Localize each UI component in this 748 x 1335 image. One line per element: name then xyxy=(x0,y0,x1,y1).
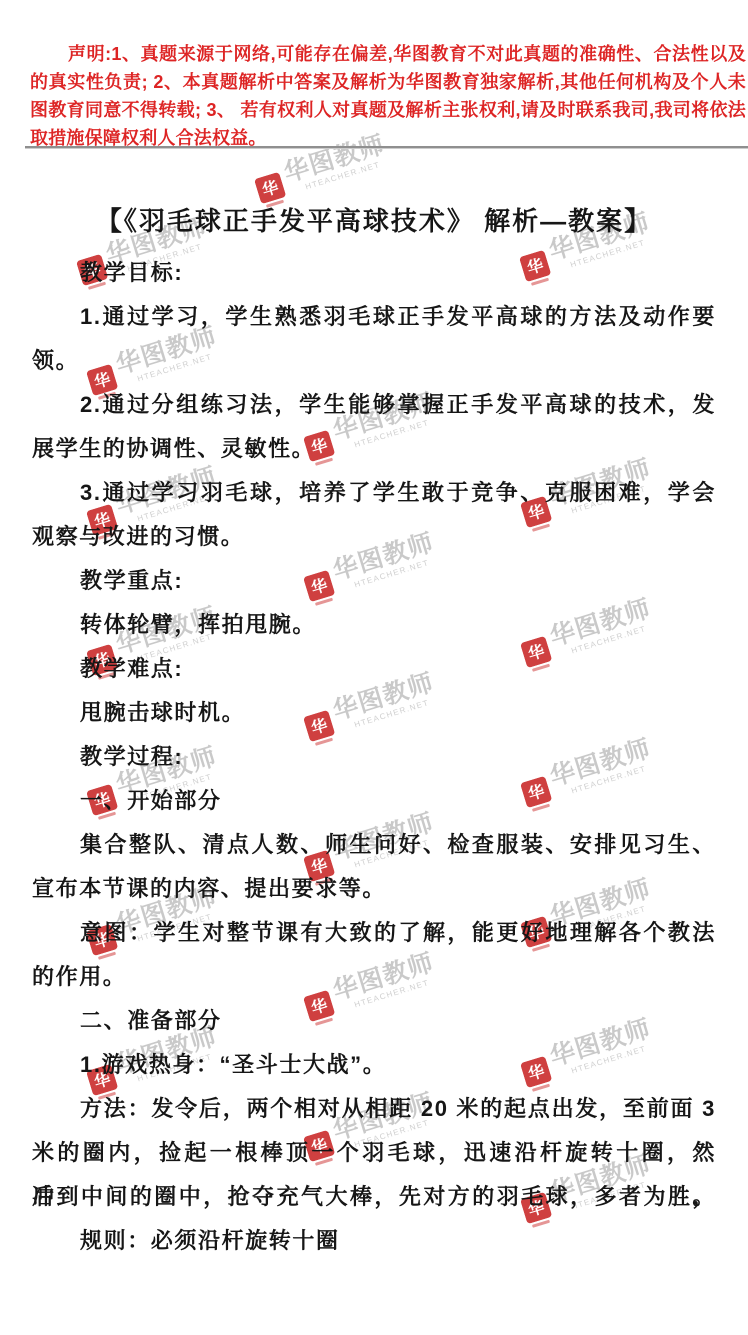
body-line: 冲到中间的圈中，抢夺充气大棒，先对方的羽毛球，多者为胜。 xyxy=(32,1175,716,1219)
body-line: 观察与改进的习惯。 xyxy=(32,515,716,559)
body-line: 方法：发令后，两个相对从相距 20 米的起点出发，至前面 3 xyxy=(32,1087,716,1131)
body-line: 宣布本节课的内容、提出要求等。 xyxy=(32,867,716,911)
body-line: 教学过程: xyxy=(32,735,716,779)
body-line: 教学重点: xyxy=(32,559,716,603)
body-line: 教学难点: xyxy=(32,647,716,691)
disclaimer-line: 声明:1、真题来源于网络,可能存在偏差,华图教育不对此真题的准确性、合法性以及内… xyxy=(30,40,746,68)
body-line: 集合整队、清点人数、师生问好、检查服装、安排见习生、 xyxy=(32,823,716,867)
page-title: 【《羽毛球正手发平高球技术》 解析—教案】 xyxy=(0,201,748,238)
disclaimer-line: 的真实性负责; 2、本真题解析中答案及解析为华图教育独家解析,其他任何机构及个人… xyxy=(30,68,746,96)
body-line: 教学目标: xyxy=(32,251,716,295)
body-line: 领。 xyxy=(32,339,716,383)
body-line: 1.游戏热身：“圣斗士大战”。 xyxy=(32,1043,716,1087)
body-line: 转体轮臂，挥拍甩腕。 xyxy=(32,603,716,647)
horizontal-divider xyxy=(25,146,748,149)
disclaimer: 声明:1、真题来源于网络,可能存在偏差,华图教育不对此真题的准确性、合法性以及内… xyxy=(30,40,746,152)
body-line: 米的圈内，捡起一根棒顶一个羽毛球，迅速沿杆旋转十圈，然后， xyxy=(32,1131,716,1175)
disclaimer-label: 声明: xyxy=(68,44,111,64)
body-line: 二、准备部分 xyxy=(32,999,716,1043)
body-line: 2.通过分组练习法，学生能够掌握正手发平高球的技术，发 xyxy=(32,383,716,427)
document-body: 教学目标:1.通过学习，学生熟悉羽毛球正手发平高球的方法及动作要领。2.通过分组… xyxy=(32,251,716,1263)
body-line: 规则：必须沿杆旋转十圈 xyxy=(32,1219,716,1263)
body-line: 展学生的协调性、灵敏性。 xyxy=(32,427,716,471)
document-content: 声明:1、真题来源于网络,可能存在偏差,华图教育不对此真题的准确性、合法性以及内… xyxy=(0,0,748,1335)
body-line: 意图：学生对整节课有大致的了解，能更好地理解各个教法 xyxy=(32,911,716,955)
body-line: 甩腕击球时机。 xyxy=(32,691,716,735)
body-line: 3.通过学习羽毛球，培养了学生敢于竞争、克服困难，学会 xyxy=(32,471,716,515)
body-line: 的作用。 xyxy=(32,955,716,999)
disclaimer-line: 图教育同意不得转载; 3、 若有权利人对真题及解析主张权利,请及时联系我司,我司… xyxy=(30,96,746,124)
body-line: 一、开始部分 xyxy=(32,779,716,823)
document-page: 华 华图教师 HTEACHER.NET 华 华图教师 HTEACHER.NET xyxy=(0,0,748,1335)
body-line: 1.通过学习，学生熟悉羽毛球正手发平高球的方法及动作要 xyxy=(32,295,716,339)
